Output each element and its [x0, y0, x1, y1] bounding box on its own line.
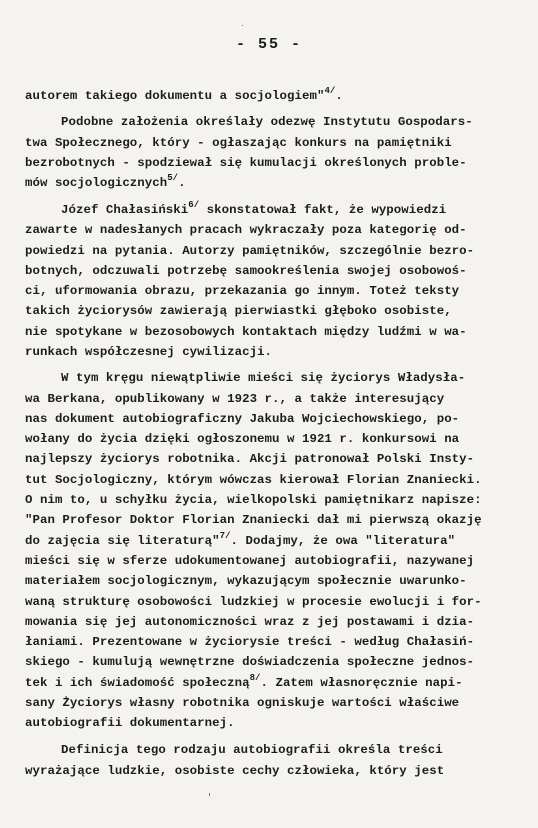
line-text: bezrobotnych - spodziewał się kumulacji …: [25, 156, 467, 170]
line-text: mowania się jej autonomiczności wraz z j…: [25, 615, 474, 629]
text-line: "Pan Profesor Doktor Florian Znaniecki d…: [25, 512, 482, 528]
line-text: wołany do życia dzięki ogłoszonemu w 192…: [25, 432, 459, 446]
text-line: twa Społecznego, który - ogłaszając konk…: [25, 135, 452, 151]
line-text: takich życiorysów zawierają pierwiastki …: [25, 304, 452, 318]
line-text: wa Berkana, opublikowany w 1923 r., a ta…: [25, 392, 444, 406]
text-line: do zajęcia się literaturą"7/. Dodajmy, ż…: [25, 533, 455, 549]
text-line: łaniami. Prezentowane w życiorysie treśc…: [25, 634, 474, 650]
line-text: ci, uformowania obrazu, przekazania go i…: [25, 284, 459, 298]
text-line: najlepszy życiorys robotnika. Akcji patr…: [25, 451, 474, 467]
text-line: wołany do życia dzięki ogłoszonemu w 192…: [25, 431, 459, 447]
text-line: botnych, odczuwali potrzebę samookreślen…: [25, 263, 467, 279]
footnote-ref: 6/: [188, 200, 199, 210]
text-line: runkach współczesnej cywilizacji.: [25, 344, 272, 360]
line-text-after: . Zatem własnoręcznie napi-: [260, 676, 462, 690]
text-line: wyrażające ludzkie, osobiste cechy człow…: [25, 763, 444, 779]
paper-speck: [209, 793, 210, 796]
text-line: ci, uformowania obrazu, przekazania go i…: [25, 283, 459, 299]
line-text: mów socjologicznych: [25, 176, 167, 190]
line-text: O nim to, u schyłku życia, wielkopolski …: [25, 493, 482, 507]
line-text: "Pan Profesor Doktor Florian Znaniecki d…: [25, 513, 482, 527]
text-line: O nim to, u schyłku życia, wielkopolski …: [25, 492, 482, 508]
line-text-after: . Dodajmy, że owa "literatura": [231, 534, 456, 548]
footnote-ref: 7/: [220, 531, 231, 541]
text-line: W tym kręgu niewątpliwie mieści się życi…: [61, 370, 465, 386]
text-line: Józef Chałasiński6/ skonstatował fakt, ż…: [61, 202, 446, 218]
text-line: Definicja tego rodzaju autobiografii okr…: [61, 742, 443, 758]
text-line: sany Życiorys własny robotnika ogniskuje…: [25, 695, 459, 711]
line-text: nas dokument autobiograficzny Jakuba Woj…: [25, 412, 459, 426]
text-line: mów socjologicznych5/.: [25, 175, 186, 191]
text-line: takich życiorysów zawierają pierwiastki …: [25, 303, 452, 319]
line-text: twa Społecznego, który - ogłaszając konk…: [25, 136, 452, 150]
line-text: botnych, odczuwali potrzebę samookreślen…: [25, 264, 467, 278]
footnote-ref: 8/: [250, 673, 261, 683]
text-line: nie spotykane w bezosobowych kontaktach …: [25, 324, 467, 340]
line-text: Podobne założenia określały odezwę Insty…: [61, 115, 473, 129]
footnote-ref: 4/: [324, 86, 335, 96]
text-line: materiałem socjologicznym, wykazującym s…: [25, 573, 467, 589]
text-line: nas dokument autobiograficzny Jakuba Woj…: [25, 411, 459, 427]
line-text: W tym kręgu niewątpliwie mieści się życi…: [61, 371, 465, 385]
text-line: mowania się jej autonomiczności wraz z j…: [25, 614, 474, 630]
text-line: waną strukturę osobowości ludzkiej w pro…: [25, 594, 482, 610]
text-line: tek i ich świadomość społeczną8/. Zatem …: [25, 675, 463, 691]
line-text: tut Socjologiczny, którym wówczas kierow…: [25, 473, 482, 487]
line-text: materiałem socjologicznym, wykazującym s…: [25, 574, 467, 588]
text-line: powiedzi na pytania. Autorzy pamiętników…: [25, 243, 474, 259]
text-line: tut Socjologiczny, którym wówczas kierow…: [25, 472, 482, 488]
line-text: autorem takiego dokumentu a socjologiem": [25, 89, 324, 103]
text-line: skiego - kumulują wewnętrzne doświadczen…: [25, 654, 474, 670]
page-number: - 55 -: [0, 36, 538, 53]
line-text: Definicja tego rodzaju autobiografii okr…: [61, 743, 443, 757]
text-line: bezrobotnych - spodziewał się kumulacji …: [25, 155, 467, 171]
line-text: skiego - kumulują wewnętrzne doświadczen…: [25, 655, 474, 669]
line-text: zawarte w nadesłanych pracach wykraczały…: [25, 223, 467, 237]
paper-speck: [242, 25, 243, 26]
line-text: najlepszy życiorys robotnika. Akcji patr…: [25, 452, 474, 466]
line-text-after: .: [335, 89, 343, 103]
text-line: autobiografii dokumentarnej.: [25, 715, 235, 731]
line-text: tek i ich świadomość społeczną: [25, 676, 250, 690]
line-text: autobiografii dokumentarnej.: [25, 716, 235, 730]
line-text: mieści się w sferze udokumentowanej auto…: [25, 554, 474, 568]
line-text: do zajęcia się literaturą": [25, 534, 220, 548]
line-text: sany Życiorys własny robotnika ogniskuje…: [25, 696, 459, 710]
line-text: łaniami. Prezentowane w życiorysie treśc…: [25, 635, 474, 649]
line-text-after: .: [178, 176, 186, 190]
line-text: Józef Chałasiński: [61, 203, 188, 217]
line-text: powiedzi na pytania. Autorzy pamiętników…: [25, 244, 474, 258]
text-line: Podobne założenia określały odezwę Insty…: [61, 114, 473, 130]
line-text: waną strukturę osobowości ludzkiej w pro…: [25, 595, 482, 609]
text-line: zawarte w nadesłanych pracach wykraczały…: [25, 222, 467, 238]
text-line: autorem takiego dokumentu a socjologiem"…: [25, 88, 343, 104]
line-text: nie spotykane w bezosobowych kontaktach …: [25, 325, 467, 339]
text-line: mieści się w sferze udokumentowanej auto…: [25, 553, 474, 569]
line-text: wyrażające ludzkie, osobiste cechy człow…: [25, 764, 444, 778]
text-line: wa Berkana, opublikowany w 1923 r., a ta…: [25, 391, 444, 407]
line-text: runkach współczesnej cywilizacji.: [25, 345, 272, 359]
line-text-after: skonstatował fakt, że wypowiedzi: [199, 203, 446, 217]
footnote-ref: 5/: [167, 173, 178, 183]
